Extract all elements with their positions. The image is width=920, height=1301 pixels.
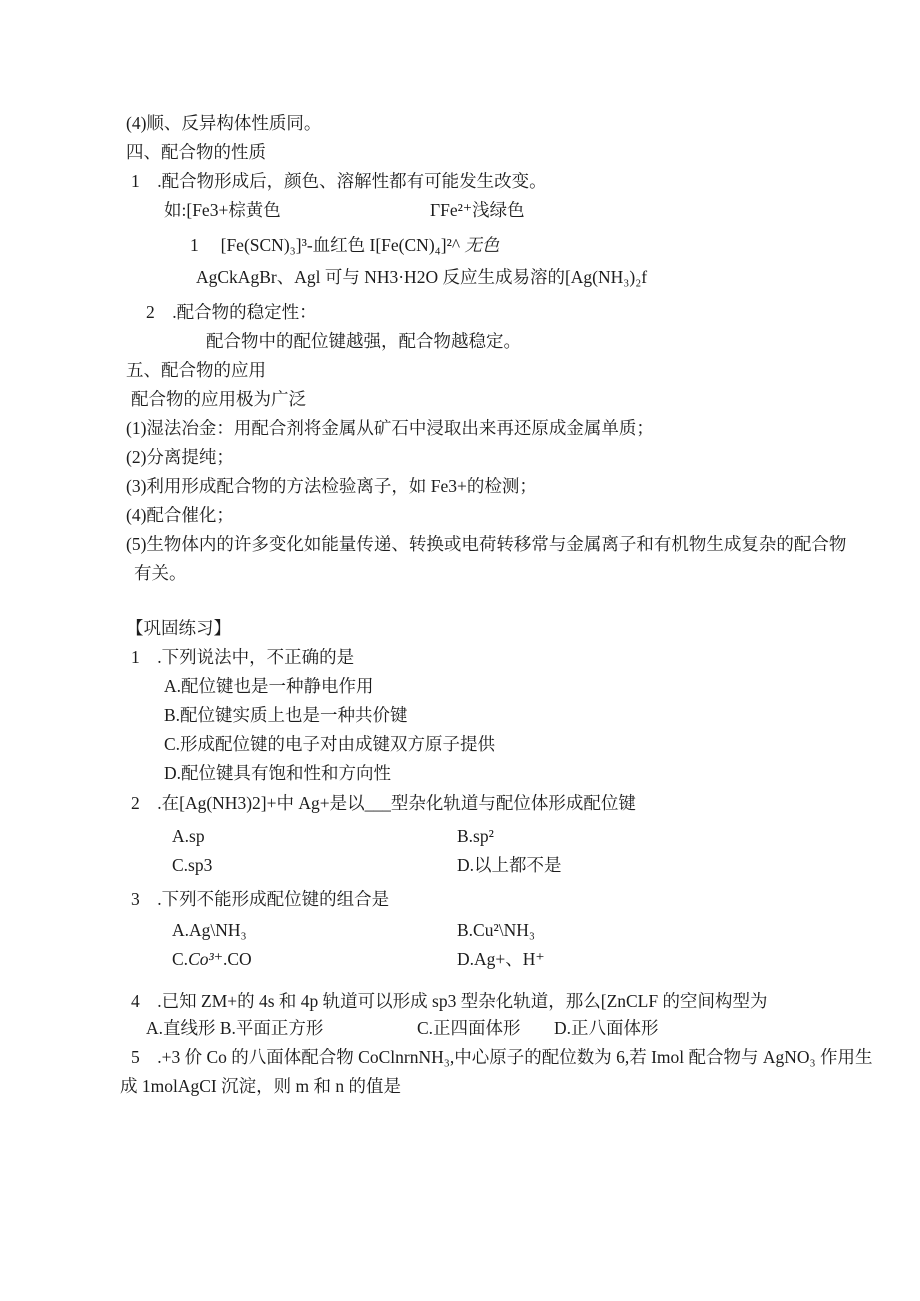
formula-line: 1 [Fe(SCN)₃]³-血红色 I[Fe(CN)₄]²^ 无色 [126, 231, 894, 260]
text-cell: A.Ag\NH₃ [172, 920, 247, 940]
text-cell: 4 .已知 ZM+的 4s 和 4p 轨道可以形成 sp3 型杂化轨道，那么[Z… [131, 991, 767, 1011]
text-cell: 配合物的应用极为广泛 [131, 389, 306, 409]
text-cell: 5 .+3 价 Co 的八面体配合物 CoClnrnNH₃,中心原子的配位数为 … [131, 1047, 873, 1067]
text-cell: A.sp [172, 826, 205, 846]
section-heading: 五、配合物的应用 [126, 356, 894, 385]
text-cell: D.以上都不是 [457, 851, 562, 880]
list-item: (3)利用形成配合物的方法检验离子，如 Fe3+的检测； [126, 472, 894, 501]
text-cell: 2 .在[Ag(NH3)2]+中 Ag+是以___型杂化轨道与配位体形成配位键 [131, 793, 636, 813]
text-cell: (4)配合催化； [126, 505, 234, 525]
section-heading: 四、配合物的性质 [126, 138, 894, 167]
text-cell: (1)湿法冶金：用配合剂将金属从矿石中浸取出来再还原成金属单质； [126, 418, 654, 438]
text-cell: B.Cu²\NH₃ [457, 916, 535, 945]
option-row: A.spB.sp² [126, 822, 894, 851]
document-body: (4)顺、反异构体性质同。四、配合物的性质1 .配合物形成后，颜色、溶解性都有可… [126, 109, 894, 1101]
option-row: D.配位键具有饱和性和方向性 [126, 759, 894, 788]
list-item: (4)配合催化； [126, 501, 894, 530]
text-cell: C.形成配位键的电子对由成键双方原子提供 [164, 734, 495, 754]
text-cell: 配合物中的配位键越强，配合物越稳定。 [206, 331, 521, 351]
option-row: A.配位键也是一种静电作用 [126, 672, 894, 701]
option-row: C.形成配位键的电子对由成键双方原子提供 [126, 730, 894, 759]
text-cell: (5)生物体内的许多变化如能量传递、转换或电荷转移常与金属离子和有机物生成复杂的… [126, 534, 846, 554]
formula-line: 如:[Fe3+棕黄色ΓFe²⁺浅绿色 [126, 196, 894, 225]
text-cell: (2)分离提纯； [126, 447, 234, 467]
list-item: (5)生物体内的许多变化如能量传递、转换或电荷转移常与金属离子和有机物生成复杂的… [126, 530, 894, 559]
document-page: (4)顺、反异构体性质同。四、配合物的性质1 .配合物形成后，颜色、溶解性都有可… [0, 0, 920, 1301]
text-cell: 3 .下列不能形成配位键的组合是 [131, 889, 389, 909]
list-item: (4)顺、反异构体性质同。 [126, 109, 894, 138]
text-line: 配合物中的配位键越强，配合物越稳定。 [126, 327, 894, 356]
list-item: (1)湿法冶金：用配合剂将金属从矿石中浸取出来再还原成金属单质； [126, 414, 894, 443]
text-cell: 五、配合物的应用 [126, 360, 266, 380]
option-row: B.配位键实质上也是一种共价键 [126, 701, 894, 730]
text-cell: (4)顺、反异构体性质同。 [126, 113, 321, 133]
practice-heading: 【巩固练习】 [126, 614, 894, 643]
text-cell: AgCkAgBr、Agl 可与 NH3·H2O 反应生成易溶的[Ag(NH₃)₂… [196, 267, 647, 287]
option-row: A.Ag\NH₃B.Cu²\NH₃ [126, 916, 894, 945]
option-row: C.sp3D.以上都不是 [126, 851, 894, 880]
question-item: 1 .下列说法中，不正确的是 [126, 643, 894, 672]
text-cell: A.直线形 B.平面正方形 [146, 1018, 323, 1038]
text-cell: 【巩固练习】 [126, 618, 231, 638]
question-item: 2 .在[Ag(NH3)2]+中 Ag+是以___型杂化轨道与配位体形成配位键 [126, 789, 894, 818]
list-item: 1 .配合物形成后，颜色、溶解性都有可能发生改变。 [126, 167, 894, 196]
text-cell: D.配位键具有饱和性和方向性 [164, 763, 391, 783]
text-cell: C.sp3 [172, 855, 212, 875]
text-cell: (3)利用形成配合物的方法检验离子，如 Fe3+的检测； [126, 476, 537, 496]
text-cell: 1 .配合物形成后，颜色、溶解性都有可能发生改变。 [131, 171, 547, 191]
option-row: C.Co³⁺.COD.Ag+、H⁺ [126, 945, 894, 974]
text-cell: ΓFe²⁺浅绿色 [430, 196, 525, 225]
text-line: 配合物的应用极为广泛 [126, 385, 894, 414]
text-cell: D.Ag+、H⁺ [457, 945, 545, 974]
question-item: 3 .下列不能形成配位键的组合是 [126, 885, 894, 914]
question-item: 5 .+3 价 Co 的八面体配合物 CoClnrnNH₃,中心原子的配位数为 … [126, 1043, 894, 1072]
list-item: (2)分离提纯； [126, 443, 894, 472]
text-cell: 有关。 [134, 563, 187, 583]
text-cell: B.配位键实质上也是一种共价键 [164, 705, 408, 725]
text-cell: 2 .配合物的稳定性： [146, 302, 317, 322]
text-cell: 成 1molAgCI 沉淀，则 m 和 n 的值是 [120, 1076, 401, 1096]
text-cell: B.sp² [457, 822, 494, 851]
text-cell: 四、配合物的性质 [126, 142, 266, 162]
text-line: 有关。 [126, 559, 894, 588]
option-row: A.直线形 B.平面正方形C.正四面体形D.正八面体形 [126, 1014, 894, 1043]
list-item: 2 .配合物的稳定性： [126, 298, 894, 327]
question-item: 4 .已知 ZM+的 4s 和 4p 轨道可以形成 sp3 型杂化轨道，那么[Z… [126, 987, 894, 1016]
text-cell: 1 .下列说法中，不正确的是 [131, 647, 354, 667]
text-cell: D.正八面体形 [554, 1014, 659, 1043]
text-cell: C.Co³⁺.CO [172, 949, 252, 969]
text-cell: A.配位键也是一种静电作用 [164, 676, 374, 696]
text-cell: 如:[Fe3+棕黄色 [164, 200, 281, 220]
text-line: 成 1molAgCI 沉淀，则 m 和 n 的值是 [120, 1072, 894, 1101]
formula-line: AgCkAgBr、Agl 可与 NH3·H2O 反应生成易溶的[Ag(NH₃)₂… [126, 263, 894, 292]
text-cell: C.正四面体形 [417, 1014, 521, 1043]
text-cell: 1 [Fe(SCN)₃]³-血红色 I[Fe(CN)₄]²^ 无色 [190, 235, 499, 255]
